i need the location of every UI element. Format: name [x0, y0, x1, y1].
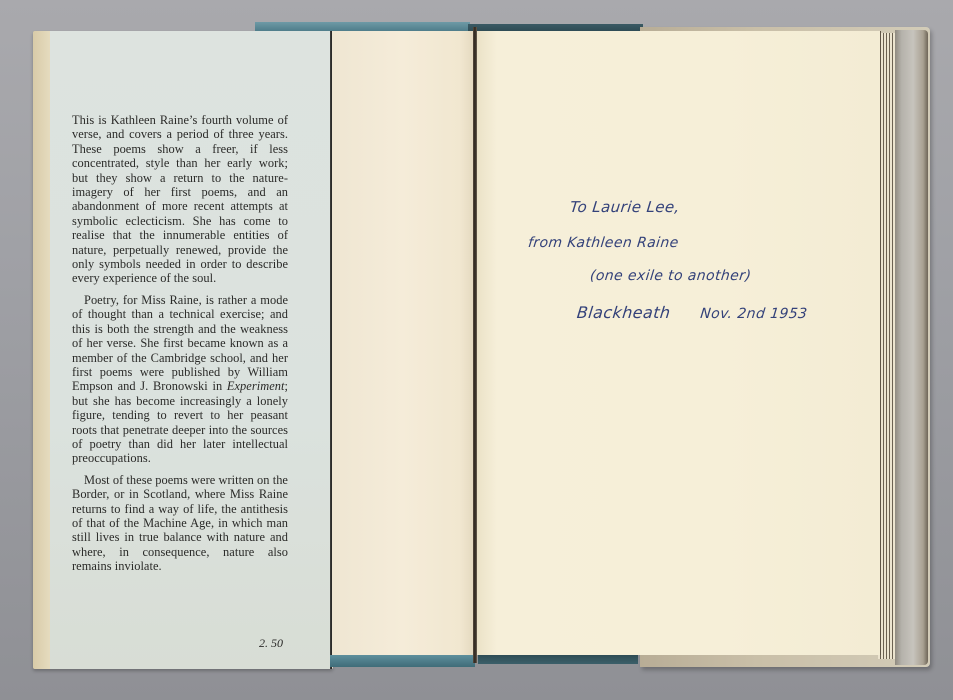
inscription-date: Nov. 2nd 1953: [700, 306, 809, 322]
left-endpaper: [332, 31, 474, 655]
inscription-line-4: BlackheathNov. 2nd 1953: [576, 303, 809, 322]
inscription-line-1: To Laurie Lee,: [569, 198, 681, 216]
book-gutter: [473, 27, 477, 663]
inscription-line-2: from Kathleen Raine: [527, 235, 679, 251]
blurb-paragraph-1: This is Kathleen Raine’s fourth volume o…: [72, 113, 288, 286]
blurb-italic-title: Experiment: [227, 379, 285, 393]
spine-cloth-bottom: [330, 655, 475, 667]
spine-cloth-top: [255, 22, 470, 31]
jacket-price: 2. 50: [259, 636, 283, 651]
fly-leaf-page: [477, 31, 880, 655]
jacket-blurb: This is Kathleen Raine’s fourth volume o…: [72, 113, 288, 581]
blurb-paragraph-2-text-a: Poetry, for Miss Raine, is rather a mode…: [72, 293, 288, 393]
spine-cloth-bottom-shadow: [478, 654, 638, 664]
blurb-paragraph-2: Poetry, for Miss Raine, is rather a mode…: [72, 293, 288, 466]
page-block-edge: [878, 33, 895, 659]
inscription-place: Blackheath: [576, 303, 671, 322]
inscription-line-3: (one exile to another): [589, 268, 752, 284]
blurb-paragraph-3: Most of these poems were written on the …: [72, 473, 288, 574]
front-cover-edge: [895, 30, 928, 665]
